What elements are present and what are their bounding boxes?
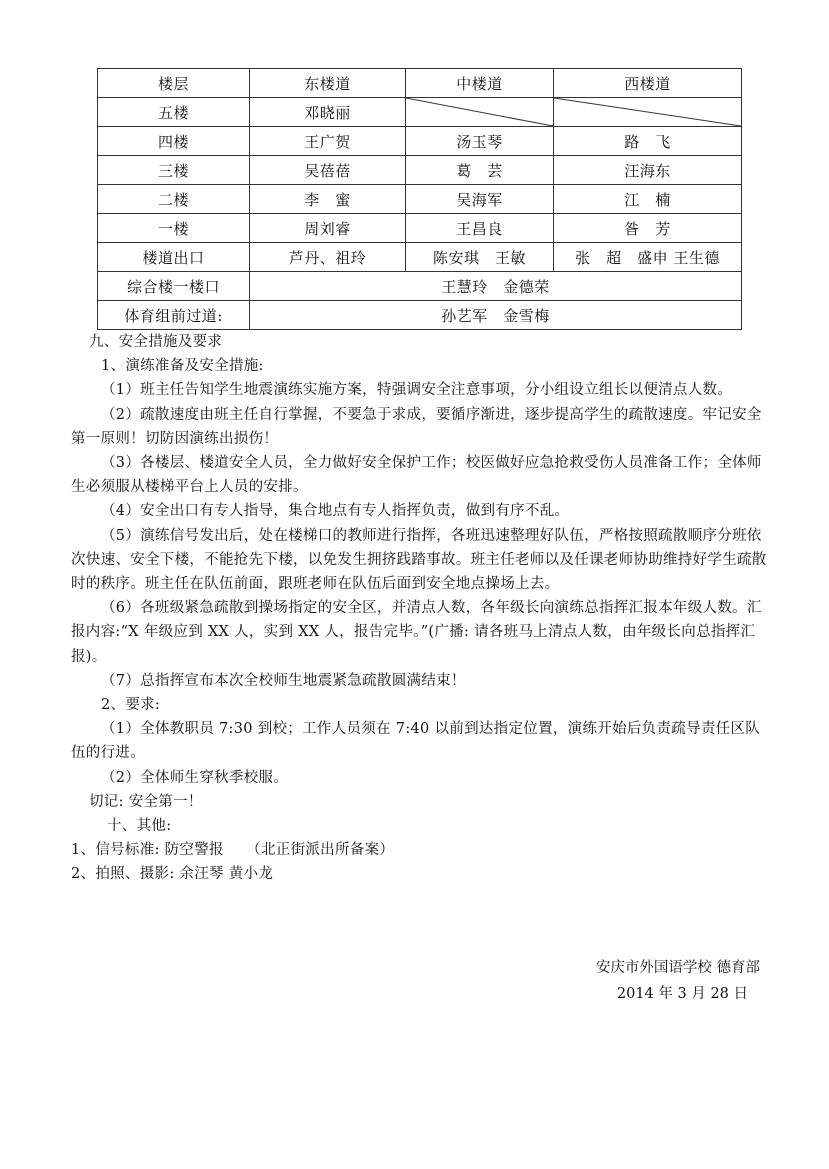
evacuation-duty-table: 楼层 东楼道 中楼道 西楼道 五楼 邓晓丽 bbox=[97, 68, 742, 330]
section-9-heading: 九、安全措施及要求 bbox=[71, 330, 771, 354]
header-floor: 楼层 bbox=[98, 69, 250, 98]
signature-block: 安庆市外国语学校 德育部 2014 年 3 月 28 日 bbox=[596, 955, 760, 1007]
floor-cell: 二楼 bbox=[98, 185, 250, 214]
measure-item-6: （6）各班级紧急疏散到操场指定的安全区，并清点人数，各年级长向演练总指挥汇报本年… bbox=[71, 596, 771, 669]
west-cell: 昝 芳 bbox=[554, 214, 742, 243]
safety-reminder: 切记: 安全第一！ bbox=[71, 790, 771, 814]
signature-date: 2014 年 3 月 28 日 bbox=[596, 981, 760, 1007]
middle-cell: 陈安琪 王敏 bbox=[406, 243, 554, 272]
table-row: 二楼 李 蜜 吴海军 江 楠 bbox=[98, 185, 742, 214]
measure-item-3: （3）各楼层、楼道安全人员，全力做好安全保护工作；校医做好应急抢救受伤人员准备工… bbox=[71, 451, 771, 499]
floor-cell: 五楼 bbox=[98, 98, 250, 127]
floor-cell: 楼道出口 bbox=[98, 243, 250, 272]
middle-cell: 葛 芸 bbox=[406, 156, 554, 185]
diagonal-line-icon bbox=[406, 98, 553, 126]
diagonal-line-icon bbox=[554, 98, 741, 126]
floor-cell: 一楼 bbox=[98, 214, 250, 243]
east-cell: 李 蜜 bbox=[250, 185, 406, 214]
requirement-item-1: （1）全体教职员 7:30 到校；工作人员须在 7:40 以前到达指定位置，演练… bbox=[71, 717, 771, 765]
table-row-merged: 综合楼一楼口 王慧玲 金德荣 bbox=[98, 272, 742, 301]
header-middle-stairway: 中楼道 bbox=[406, 69, 554, 98]
west-cell-crossed bbox=[554, 98, 742, 127]
middle-cell: 汤玉琴 bbox=[406, 127, 554, 156]
floor-cell: 四楼 bbox=[98, 127, 250, 156]
floor-cell: 三楼 bbox=[98, 156, 250, 185]
header-east-stairway: 东楼道 bbox=[250, 69, 406, 98]
measure-item-2: （2）疏散速度由班主任自行掌握，不要急于求成，要循序渐进，逐步提高学生的疏散速度… bbox=[71, 403, 771, 451]
table-row: 楼道出口 芦丹、祖玲 陈安琪 王敏 张 超 盛申 王生德 bbox=[98, 243, 742, 272]
location-cell: 体育组前过道: bbox=[98, 301, 250, 330]
west-cell: 江 楠 bbox=[554, 185, 742, 214]
table-row: 四楼 王广贺 汤玉琴 路 飞 bbox=[98, 127, 742, 156]
staff-cell: 王慧玲 金德荣 bbox=[250, 272, 742, 301]
measure-item-5: （5）演练信号发出后，处在楼梯口的教师进行指挥，各班迅速整理好队伍，严格按照疏散… bbox=[71, 524, 771, 597]
table-row-merged: 体育组前过道: 孙艺军 金雪梅 bbox=[98, 301, 742, 330]
other-item-1: 1、信号标准: 防空警报 （北正街派出所备案） bbox=[71, 838, 771, 862]
staff-cell: 孙艺军 金雪梅 bbox=[250, 301, 742, 330]
other-item-2: 2、拍照、摄影: 余汪琴 黄小龙 bbox=[71, 862, 771, 886]
middle-cell: 吴海军 bbox=[406, 185, 554, 214]
table-row: 三楼 吴蓓蓓 葛 芸 汪海东 bbox=[98, 156, 742, 185]
east-cell: 芦丹、祖玲 bbox=[250, 243, 406, 272]
west-cell: 路 飞 bbox=[554, 127, 742, 156]
measure-item-4: （4）安全出口有专人指导，集合地点有专人指挥负责，做到有序不乱。 bbox=[71, 499, 771, 523]
table-row: 五楼 邓晓丽 bbox=[98, 98, 742, 127]
east-cell: 邓晓丽 bbox=[250, 98, 406, 127]
middle-cell-crossed bbox=[406, 98, 554, 127]
subsection-1-heading: 1、演练准备及安全措施: bbox=[71, 354, 771, 378]
west-cell: 张 超 盛申 王生德 bbox=[554, 243, 742, 272]
document-page: 楼层 东楼道 中楼道 西楼道 五楼 邓晓丽 bbox=[0, 0, 829, 1169]
measure-item-1: （1）班主任告知学生地震演练实施方案，特强调安全注意事项，分小组设立组长以便清点… bbox=[71, 378, 771, 402]
east-cell: 吴蓓蓓 bbox=[250, 156, 406, 185]
table-header-row: 楼层 东楼道 中楼道 西楼道 bbox=[98, 69, 742, 98]
middle-cell: 王昌良 bbox=[406, 214, 554, 243]
measure-item-7: （7）总指挥宣布本次全校师生地震紧急疏散圆满结束！ bbox=[71, 669, 771, 693]
east-cell: 周刘睿 bbox=[250, 214, 406, 243]
signature-organization: 安庆市外国语学校 德育部 bbox=[596, 955, 760, 981]
west-cell: 汪海东 bbox=[554, 156, 742, 185]
section-10-heading: 十、其他: bbox=[71, 814, 771, 838]
east-cell: 王广贺 bbox=[250, 127, 406, 156]
table-row: 一楼 周刘睿 王昌良 昝 芳 bbox=[98, 214, 742, 243]
subsection-2-heading: 2、要求: bbox=[71, 693, 771, 717]
location-cell: 综合楼一楼口 bbox=[98, 272, 250, 301]
header-west-stairway: 西楼道 bbox=[554, 69, 742, 98]
document-body: 九、安全措施及要求 1、演练准备及安全措施: （1）班主任告知学生地震演练实施方… bbox=[71, 330, 771, 887]
requirement-item-2: （2）全体师生穿秋季校服。 bbox=[71, 766, 771, 790]
